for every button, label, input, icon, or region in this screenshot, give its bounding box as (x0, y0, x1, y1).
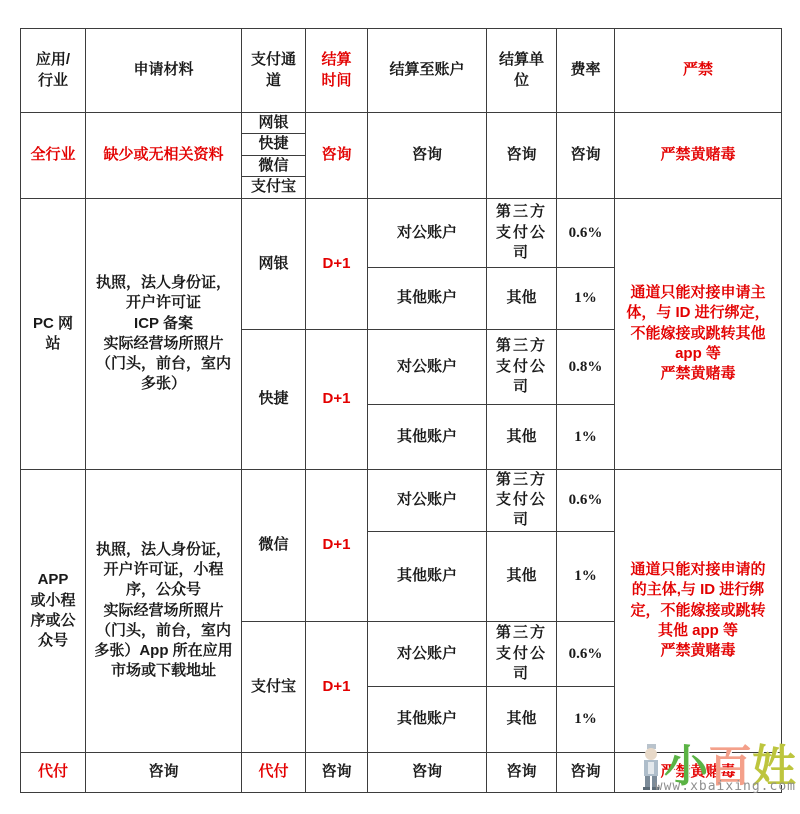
cell-pc-settle-time-1: D+1 (306, 198, 368, 329)
cell-pc-rate-4: 1% (557, 404, 615, 469)
cell-all-channel-wechat: 微信 (242, 155, 306, 176)
cell-all-rate: 咨询 (557, 113, 615, 199)
cell-app-unit-3: 第三方 支付公 司 (487, 621, 557, 686)
cell-app-rate-3: 0.6% (557, 621, 615, 686)
cell-all-forbidden: 严禁黄赌毒 (615, 113, 782, 199)
row-app-1: APP 或小程 序或公 众号 执照，法人身份证， 开户许可证，小程 序，公众号 … (21, 469, 782, 531)
cell-pc-account-3: 对公账户 (368, 329, 487, 404)
cell-app-label: APP 或小程 序或公 众号 (21, 469, 86, 752)
cell-app-rate-1: 0.6% (557, 469, 615, 531)
row-pc-1: PC 网 站 执照，法人身份证， 开户许可证 ICP 备案 实际经营场所照片 （… (21, 198, 782, 267)
cell-pc-forbidden: 通道只能对接申请主 体，与 ID 进行绑定， 不能嫁接或跳转其他 app 等 严… (615, 198, 782, 469)
cell-app-forbidden: 通道只能对接申请的 的主体,与 ID 进行绑 定，不能嫁接或跳转 其他 app … (615, 469, 782, 752)
cell-pc-channel-quick: 快捷 (242, 329, 306, 469)
cell-daifu-label: 代付 (21, 752, 86, 792)
cell-pc-rate-1: 0.6% (557, 198, 615, 267)
cell-pc-unit-3: 第三方 支付公 司 (487, 329, 557, 404)
cell-pc-materials: 执照，法人身份证， 开户许可证 ICP 备案 实际经营场所照片 （门头，前台，室… (86, 198, 242, 469)
cell-app-settle-time-1: D+1 (306, 469, 368, 621)
cell-app-account-1: 对公账户 (368, 469, 487, 531)
header-cell-materials: 申请材料 (86, 29, 242, 113)
cell-all-settle-account: 咨询 (368, 113, 487, 199)
cell-daifu-channel: 代付 (242, 752, 306, 792)
cell-app-channel-wechat: 微信 (242, 469, 306, 621)
cell-app-rate-4: 1% (557, 686, 615, 752)
cell-all-channel-netbank: 网银 (242, 113, 306, 134)
cell-pc-unit-1: 第三方 支付公 司 (487, 198, 557, 267)
cell-app-account-3: 对公账户 (368, 621, 487, 686)
cell-pc-label: PC 网 站 (21, 198, 86, 469)
cell-pc-settle-time-2: D+1 (306, 329, 368, 469)
cell-all-channel-alipay: 支付宝 (242, 176, 306, 198)
cell-app-account-2: 其他账户 (368, 531, 487, 621)
cell-daifu-settle-unit: 咨询 (487, 752, 557, 792)
watermark: 小 百 姓 www.xbaixing.com (626, 744, 796, 814)
page: 应用/ 行业 申请材料 支付通 道 结算 时间 结算至账户 结算单 位 费率 严… (0, 0, 800, 814)
cell-pc-unit-2: 其他 (487, 267, 557, 329)
cell-app-settle-time-2: D+1 (306, 621, 368, 752)
cell-app-unit-2: 其他 (487, 531, 557, 621)
cell-app-unit-1: 第三方 支付公 司 (487, 469, 557, 531)
cell-daifu-settle-time: 咨询 (306, 752, 368, 792)
cell-daifu-settle-account: 咨询 (368, 752, 487, 792)
header-row: 应用/ 行业 申请材料 支付通 道 结算 时间 结算至账户 结算单 位 费率 严… (21, 29, 782, 113)
cell-pc-rate-3: 0.8% (557, 329, 615, 404)
payment-channel-table: 应用/ 行业 申请材料 支付通 道 结算 时间 结算至账户 结算单 位 费率 严… (20, 28, 782, 793)
cell-all-settle-time: 咨询 (306, 113, 368, 199)
cell-all-materials: 缺少或无相关资料 (86, 113, 242, 199)
cell-app-account-4: 其他账户 (368, 686, 487, 752)
cell-app-channel-alipay: 支付宝 (242, 621, 306, 752)
header-cell-forbidden: 严禁 (615, 29, 782, 113)
cell-daifu-rate: 咨询 (557, 752, 615, 792)
header-cell-channel: 支付通 道 (242, 29, 306, 113)
header-cell-settle-time: 结算 时间 (306, 29, 368, 113)
cell-app-rate-2: 1% (557, 531, 615, 621)
cell-pc-account-1: 对公账户 (368, 198, 487, 267)
cell-daifu-materials: 咨询 (86, 752, 242, 792)
cell-all-settle-unit: 咨询 (487, 113, 557, 199)
header-cell-settle-account: 结算至账户 (368, 29, 487, 113)
cell-pc-rate-2: 1% (557, 267, 615, 329)
cell-pc-channel-netbank: 网银 (242, 198, 306, 329)
cell-pc-account-2: 其他账户 (368, 267, 487, 329)
cell-app-unit-4: 其他 (487, 686, 557, 752)
row-all-industry: 全行业 缺少或无相关资料 网银 咨询 咨询 咨询 咨询 严禁黄赌毒 (21, 113, 782, 134)
header-cell-settle-unit: 结算单 位 (487, 29, 557, 113)
cell-app-materials: 执照，法人身份证， 开户许可证，小程 序，公众号 实际经营场所照片 （门头，前台… (86, 469, 242, 752)
cell-all-channel-quick: 快捷 (242, 134, 306, 155)
header-cell-app-industry: 应用/ 行业 (21, 29, 86, 113)
header-cell-rate: 费率 (557, 29, 615, 113)
cell-all-industry-label: 全行业 (21, 113, 86, 199)
cell-pc-unit-4: 其他 (487, 404, 557, 469)
cell-pc-account-4: 其他账户 (368, 404, 487, 469)
